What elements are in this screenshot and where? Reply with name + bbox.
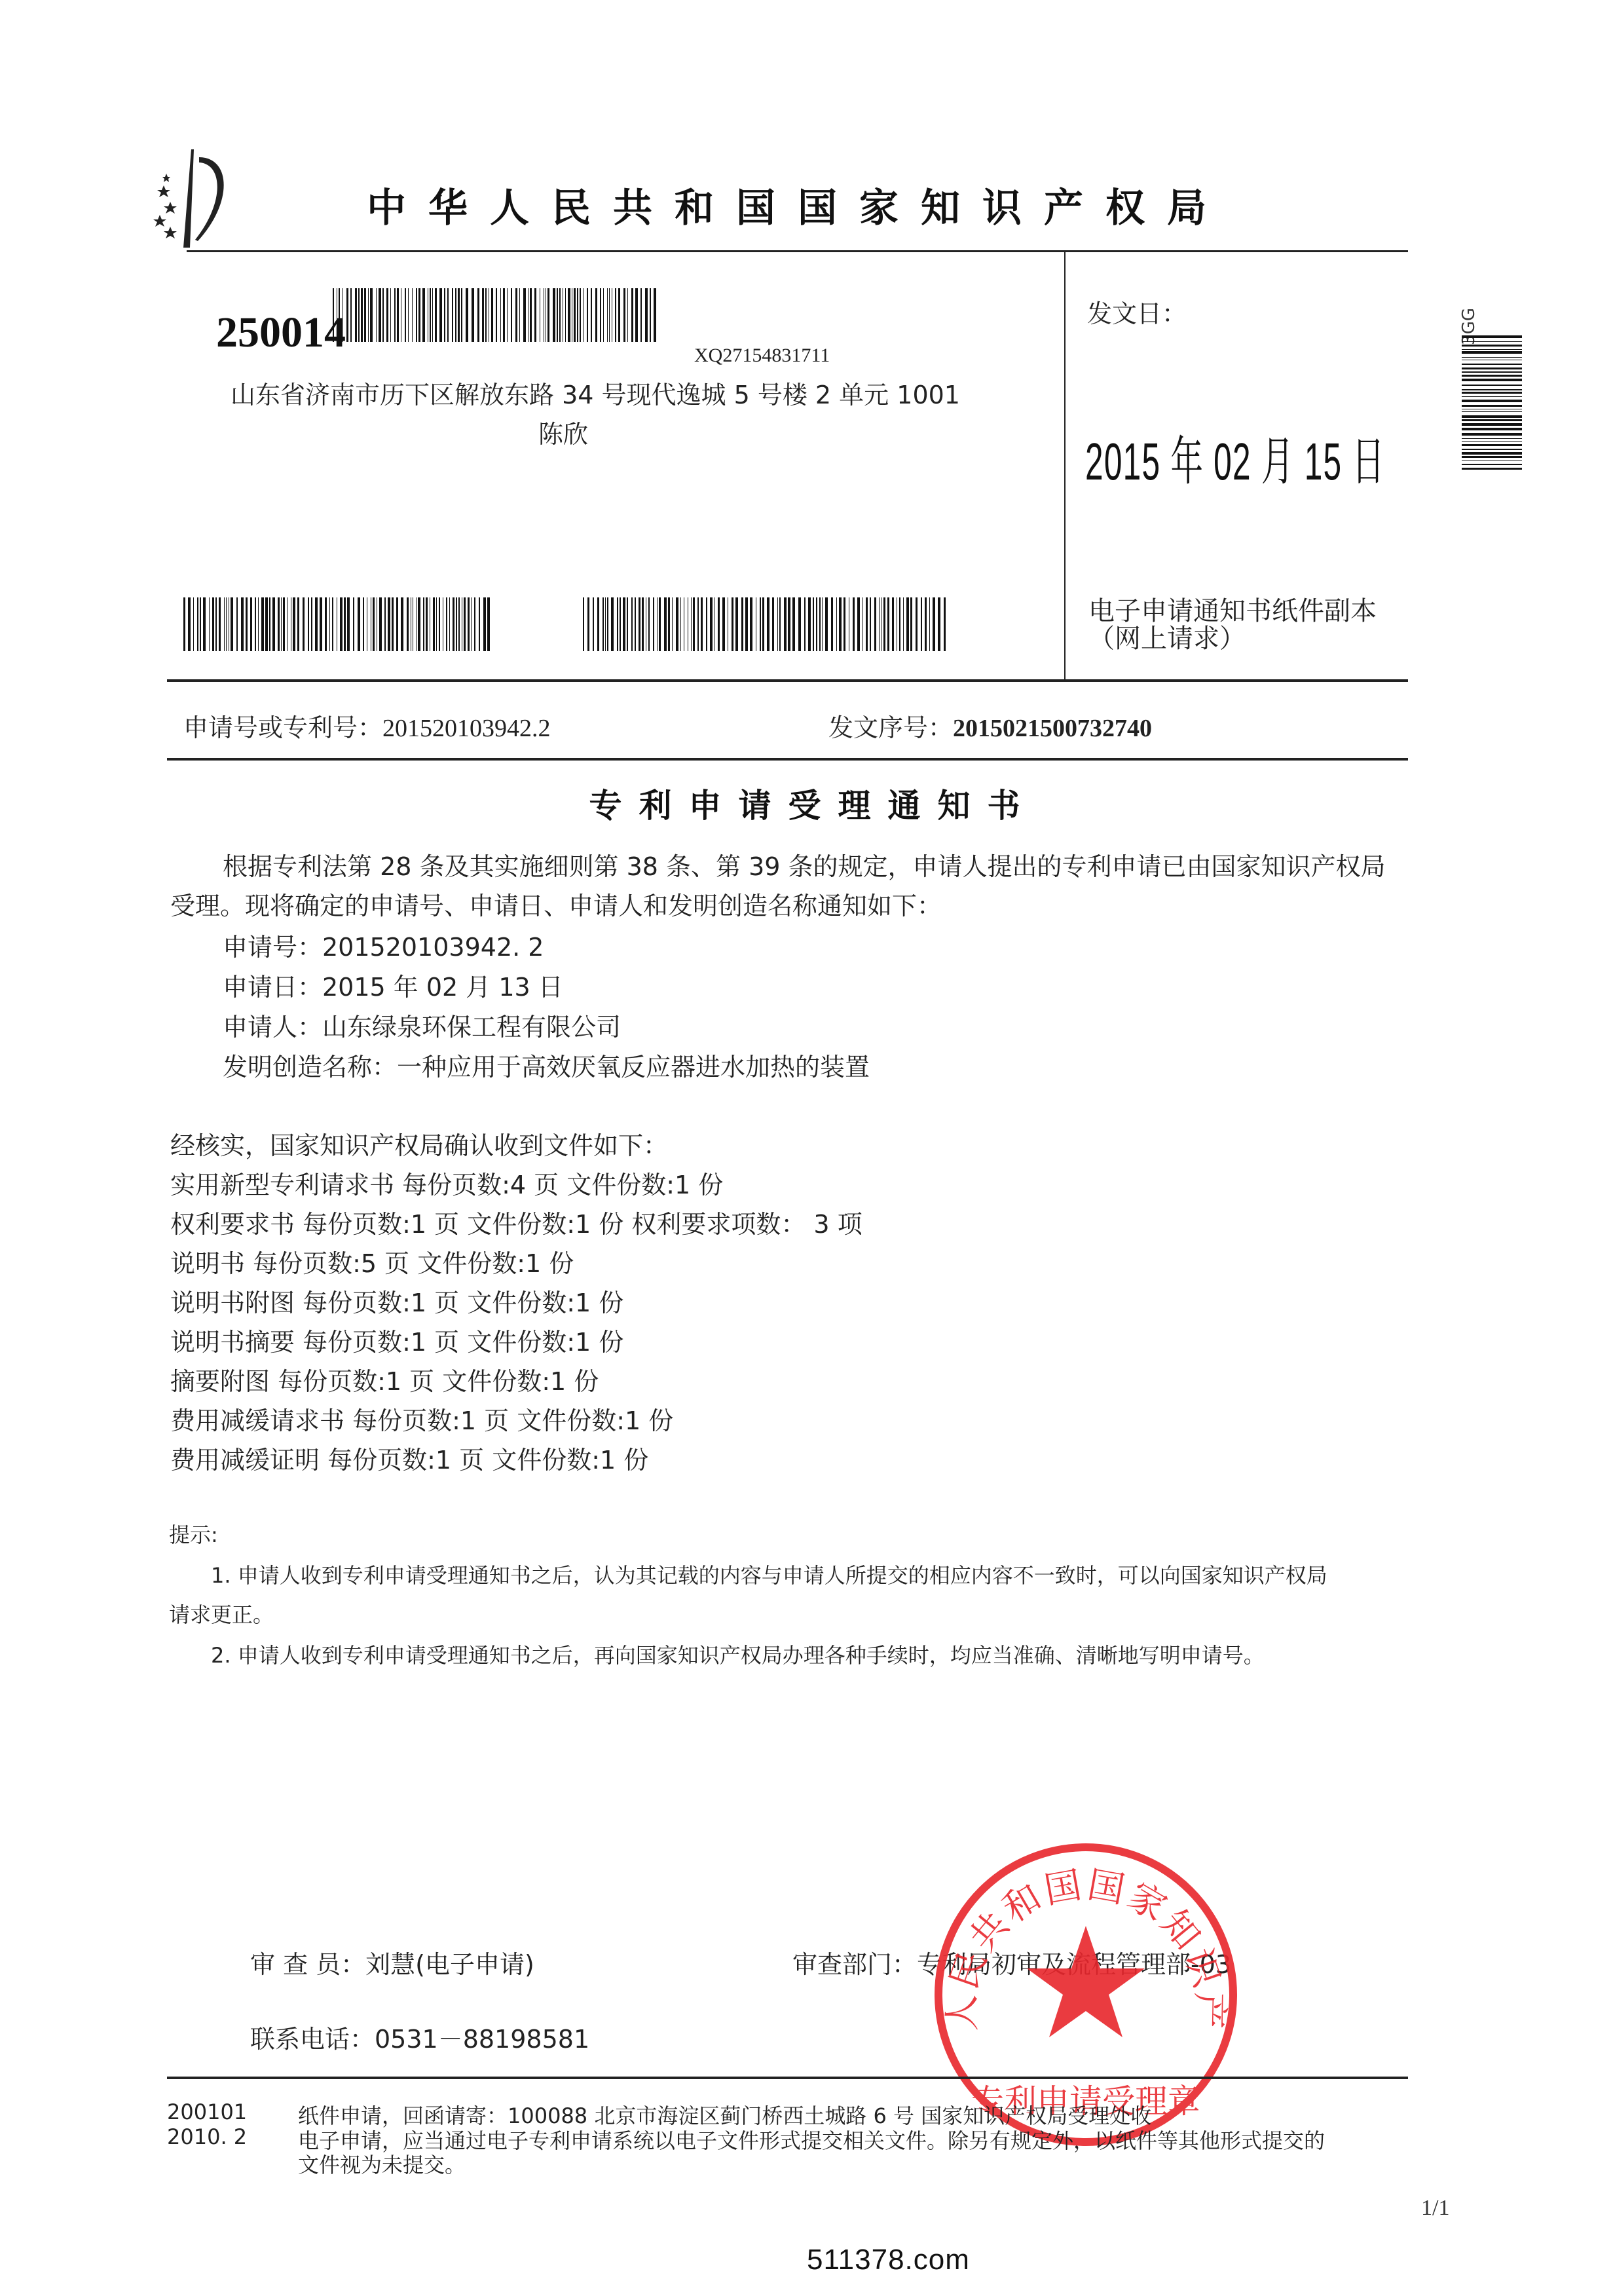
document-row: 说明书 每份页数:5 页 文件份数:1 份 xyxy=(170,1243,574,1279)
field-application-date: 申请日：2015 年 02 月 13 日 xyxy=(223,967,563,1003)
application-number: 201520103942.2 xyxy=(382,715,551,742)
form-code: 200101 xyxy=(167,2099,247,2124)
received-intro: 经核实，国家知识产权局确认收到文件如下： xyxy=(170,1125,668,1161)
tip-1-line2: 请求更正。 xyxy=(169,1598,274,1628)
footer-electronic-note-cont: 文件视为未提交。 xyxy=(298,2149,466,2179)
watermark: 511378.com xyxy=(807,2244,970,2276)
field-applicant: 申请人：山东绿泉环保工程有限公司 xyxy=(223,1007,621,1043)
examiner: 审 查 员：刘慧(电子申请) xyxy=(250,1944,534,1980)
mailing-address: 山东省济南市历下区解放东路 34 号现代逸城 5 号楼 2 单元 1001 xyxy=(231,375,960,411)
application-number-row: 申请号或专利号：201520103942.2 xyxy=(183,707,551,743)
routing-barcode-right xyxy=(583,597,950,651)
tip-2: 2. 申请人收到专利申请受理通知书之后，再向国家知识产权局办理各种手续时，均应当… xyxy=(211,1639,1265,1669)
field-invention-title: 发明创造名称：一种应用于高效厌氧反应器进水加热的装置 xyxy=(223,1047,870,1083)
document-row: 费用减缓证明 每份页数:1 页 文件份数:1 份 xyxy=(170,1440,648,1476)
notice-paragraph-line1: 根据专利法第 28 条及其实施细则第 38 条、第 39 条的规定，申请人提出的… xyxy=(223,846,1386,882)
document-row: 权利要求书 每份页数:1 页 文件份数:1 份 权利要求项数： 3 项 xyxy=(170,1204,862,1240)
issue-date: 2015 年 02 月 15 日 xyxy=(1085,419,1385,495)
notice-paragraph-line2: 受理。现将确定的申请号、申请日、申请人和发明创造名称通知如下： xyxy=(170,886,942,922)
box-divider xyxy=(167,679,1408,682)
document-row: 说明书摘要 每份页数:1 页 文件份数:1 份 xyxy=(170,1322,623,1358)
document-row: 费用减缓请求书 每份页数:1 页 文件份数:1 份 xyxy=(170,1401,673,1437)
copy-note: 电子申请通知书纸件副本（网上请求） xyxy=(1088,597,1403,652)
document-serial-label: 发文序号： xyxy=(828,713,953,742)
field-application-number: 申请号：201520103942. 2 xyxy=(223,927,544,963)
notice-title: 专利申请受理通知书 xyxy=(0,780,1613,827)
cnipa-emblem-icon xyxy=(152,149,270,254)
header-divider xyxy=(187,250,1408,252)
document-row: 摘要附图 每份页数:1 页 文件份数:1 份 xyxy=(170,1361,599,1397)
document-serial-row: 发文序号：2015021500732740 xyxy=(828,707,1152,743)
tips-label: 提示: xyxy=(169,1518,218,1549)
contact-phone: 联系电话：0531－88198581 xyxy=(250,2019,589,2055)
document-row: 说明书附图 每份页数:1 页 文件份数:1 份 xyxy=(170,1283,623,1319)
postcode: 250014 xyxy=(216,308,346,358)
barcode-number: XQ27154831711 xyxy=(694,345,830,367)
title-divider xyxy=(167,758,1408,761)
issue-date-label: 发文日： xyxy=(1087,293,1187,329)
side-barcode xyxy=(1462,335,1522,473)
form-version: 2010. 2 xyxy=(167,2124,247,2149)
document-row: 实用新型专利请求书 每份页数:4 页 文件份数:1 份 xyxy=(170,1165,723,1201)
document-serial: 2015021500732740 xyxy=(953,715,1152,742)
recipient-name: 陈欣 xyxy=(538,414,588,450)
footer-divider xyxy=(167,2077,1408,2079)
column-divider xyxy=(1064,250,1066,679)
page-number: 1/1 xyxy=(1421,2196,1449,2221)
agency-title: 中华人民共和国国家知识产权局 xyxy=(367,177,1229,233)
routing-barcode-left xyxy=(183,597,491,651)
application-number-label: 申请号或专利号： xyxy=(183,713,382,742)
tip-1-line1: 1. 申请人收到专利申请受理通知书之后，认为其记载的内容与申请人所提交的相应内容… xyxy=(211,1559,1327,1589)
